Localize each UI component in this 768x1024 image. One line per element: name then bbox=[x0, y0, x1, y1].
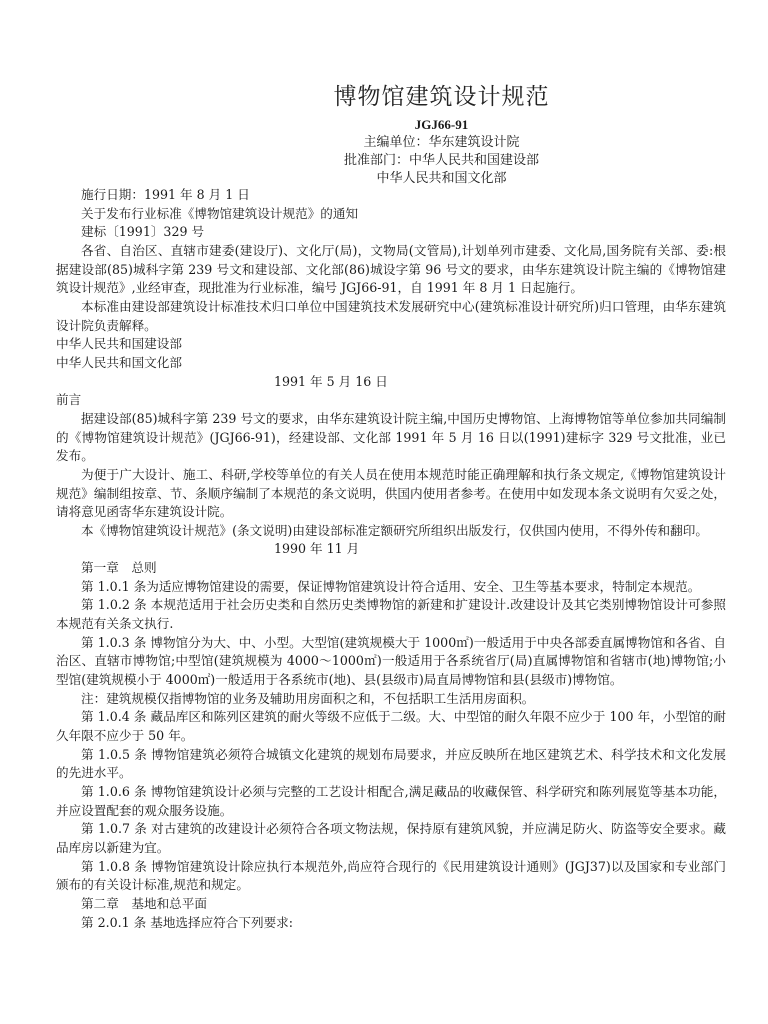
editor-unit: 主编单位：华东建筑设计院 bbox=[0, 134, 768, 152]
notice-paragraph: 各省、自治区、直辖市建委(建设厅)、文化厅(局)，文物局(文管局),计划单列市建… bbox=[56, 242, 726, 298]
preface-paragraph: 本《博物馆建筑设计规范》(条文说明)由建设部标准定额研究所组织出版发行，仅供国内… bbox=[56, 522, 726, 541]
clause: 第 1.0.3 条 博物馆分为大、中、小型。大型馆(建筑规模大于 1000㎡)一… bbox=[56, 634, 726, 690]
notice-number: 建标〔1991〕329 号 bbox=[56, 223, 726, 242]
preface-paragraph: 为便于广大设计、施工、科研,学校等单位的有关人员在使用本规范时能正确理解和执行条… bbox=[56, 466, 726, 522]
clause: 第 1.0.6 条 博物馆建筑设计必须与完整的工艺设计相配合,满足藏品的收藏保管… bbox=[56, 783, 726, 820]
standard-code: JGJ66-91 bbox=[0, 116, 768, 134]
signatory: 中华人民共和国建设部 bbox=[56, 335, 726, 354]
clause-note: 注：建筑规模仅指博物馆的业务及辅助用房面积之和，不包括职工生活用房面积。 bbox=[56, 690, 726, 709]
clause: 第 1.0.5 条 博物馆建筑必须符合城镇文化建筑的规划布局要求，并应反映所在地… bbox=[56, 746, 726, 783]
preface-date: 1990 年 11 月 bbox=[56, 540, 726, 559]
document-page: 博物馆建筑设计规范 JGJ66-91 主编单位：华东建筑设计院 批准部门：中华人… bbox=[0, 0, 768, 1024]
notice-paragraph: 本标准由建设部建筑设计标准技术归口单位中国建筑技术发展研究中心(建筑标准设计研究… bbox=[56, 298, 726, 335]
document-body: 施行日期：1991 年 8 月 1 日 关于发布行业标准《博物馆建筑设计规范》的… bbox=[56, 186, 726, 932]
clause: 第 1.0.2 条 本规范适用于社会历史类和自然历史类博物馆的新建和扩建设计.改… bbox=[56, 596, 726, 633]
clause: 第 2.0.1 条 基地选择应符合下列要求: bbox=[56, 914, 726, 933]
notice-title: 关于发布行业标准《博物馆建筑设计规范》的通知 bbox=[56, 205, 726, 224]
preface-paragraph: 据建设部(85)城科字第 239 号文的要求，由华东建筑设计院主编,中国历史博物… bbox=[56, 410, 726, 466]
chapter-heading: 第二章 基地和总平面 bbox=[56, 895, 726, 914]
clause: 第 1.0.1 条为适应博物馆建设的需要，保证博物馆建筑设计符合适用、安全、卫生… bbox=[56, 578, 726, 597]
approval-department: 批准部门：中华人民共和国建设部 bbox=[0, 152, 768, 170]
document-title: 博物馆建筑设计规范 bbox=[0, 78, 768, 111]
chapter-heading: 第一章 总则 bbox=[56, 559, 726, 578]
section-heading-preface: 前言 bbox=[56, 391, 726, 410]
effective-date: 施行日期：1991 年 8 月 1 日 bbox=[56, 186, 726, 205]
clause: 第 1.0.4 条 藏品库区和陈列区建筑的耐火等级不应低于二级。大、中型馆的耐久… bbox=[56, 708, 726, 745]
signatory: 中华人民共和国文化部 bbox=[56, 354, 726, 373]
clause: 第 1.0.8 条 博物馆建筑设计除应执行本规范外,尚应符合现行的《民用建筑设计… bbox=[56, 858, 726, 895]
clause: 第 1.0.7 条 对古建筑的改建设计必须符合各项文物法规，保持原有建筑风貌，并… bbox=[56, 820, 726, 857]
notice-date: 1991 年 5 月 16 日 bbox=[56, 373, 726, 392]
